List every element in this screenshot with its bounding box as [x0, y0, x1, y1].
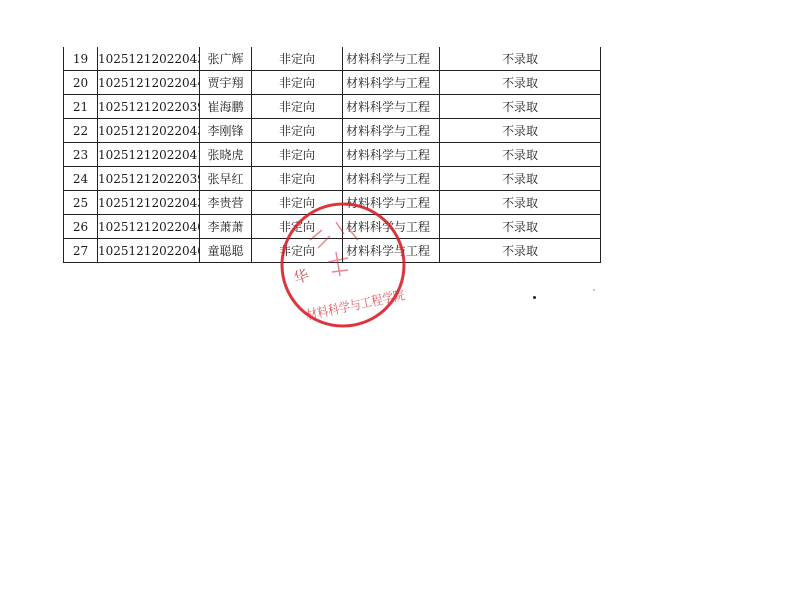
- table-row: 22102512120220435李刚锋非定向材料科学与工程不录取: [64, 119, 601, 143]
- major-cell: 材料科学与工程: [343, 215, 440, 239]
- enrollment-type-cell: 非定向: [252, 239, 343, 263]
- admission-result-cell: 不录取: [440, 71, 601, 95]
- row-number-cell: 19: [64, 47, 98, 71]
- row-number-cell: 26: [64, 215, 98, 239]
- enrollment-type-cell: 非定向: [252, 191, 343, 215]
- row-number-cell: 23: [64, 143, 98, 167]
- admission-results-table: 19102512120220434张广辉非定向材料科学与工程不录取2010251…: [63, 47, 601, 263]
- exam-id-cell: 102512120220393: [98, 167, 200, 191]
- exam-id-cell: 102512120220442: [98, 71, 200, 95]
- table-row: 27102512120220403童聪聪非定向材料科学与工程不录取: [64, 239, 601, 263]
- candidate-name-cell: 李贵营: [200, 191, 252, 215]
- exam-id-cell: 102512120220415: [98, 143, 200, 167]
- enrollment-type-cell: 非定向: [252, 47, 343, 71]
- enrollment-type-cell: 非定向: [252, 71, 343, 95]
- enrollment-type-cell: 非定向: [252, 143, 343, 167]
- row-number-cell: 22: [64, 119, 98, 143]
- exam-id-cell: 102512120220390: [98, 95, 200, 119]
- exam-id-cell: 102512120220435: [98, 119, 200, 143]
- admission-result-cell: 不录取: [440, 119, 601, 143]
- admission-result-cell: 不录取: [440, 191, 601, 215]
- major-cell: 材料科学与工程: [343, 239, 440, 263]
- candidate-name-cell: 李刚锋: [200, 119, 252, 143]
- scan-speck: [593, 289, 595, 291]
- major-cell: 材料科学与工程: [343, 167, 440, 191]
- exam-id-cell: 102512120220403: [98, 239, 200, 263]
- scan-speck: [533, 296, 536, 299]
- stamp-partial-char: 华: [291, 266, 311, 288]
- row-number-cell: 21: [64, 95, 98, 119]
- candidate-name-cell: 张晓虎: [200, 143, 252, 167]
- stamp-text: 材料科学与工程学院: [305, 287, 406, 323]
- enrollment-type-cell: 非定向: [252, 167, 343, 191]
- table-row: 24102512120220393张早红非定向材料科学与工程不录取: [64, 167, 601, 191]
- row-number-cell: 25: [64, 191, 98, 215]
- admission-result-cell: 不录取: [440, 143, 601, 167]
- candidate-name-cell: 李萧萧: [200, 215, 252, 239]
- table-row: 21102512120220390崔海鹏非定向材料科学与工程不录取: [64, 95, 601, 119]
- candidate-name-cell: 贾宇翔: [200, 71, 252, 95]
- major-cell: 材料科学与工程: [343, 47, 440, 71]
- document-page: 19102512120220434张广辉非定向材料科学与工程不录取2010251…: [0, 0, 799, 600]
- major-cell: 材料科学与工程: [343, 95, 440, 119]
- row-number-cell: 24: [64, 167, 98, 191]
- admission-result-cell: 不录取: [440, 95, 601, 119]
- major-cell: 材料科学与工程: [343, 143, 440, 167]
- enrollment-type-cell: 非定向: [252, 119, 343, 143]
- table-row: 23102512120220415张晓虎非定向材料科学与工程不录取: [64, 143, 601, 167]
- exam-id-cell: 102512120220406: [98, 215, 200, 239]
- admission-result-cell: 不录取: [440, 239, 601, 263]
- admission-result-cell: 不录取: [440, 47, 601, 71]
- table-row: 26102512120220406李萧萧非定向材料科学与工程不录取: [64, 215, 601, 239]
- candidate-name-cell: 张早红: [200, 167, 252, 191]
- candidate-name-cell: 张广辉: [200, 47, 252, 71]
- table-row: 19102512120220434张广辉非定向材料科学与工程不录取: [64, 47, 601, 71]
- admission-result-cell: 不录取: [440, 167, 601, 191]
- table-row: 20102512120220442贾宇翔非定向材料科学与工程不录取: [64, 71, 601, 95]
- major-cell: 材料科学与工程: [343, 191, 440, 215]
- enrollment-type-cell: 非定向: [252, 95, 343, 119]
- admission-result-cell: 不录取: [440, 215, 601, 239]
- row-number-cell: 20: [64, 71, 98, 95]
- major-cell: 材料科学与工程: [343, 71, 440, 95]
- table-row: 25102512120220438李贵营非定向材料科学与工程不录取: [64, 191, 601, 215]
- enrollment-type-cell: 非定向: [252, 215, 343, 239]
- candidate-name-cell: 崔海鹏: [200, 95, 252, 119]
- candidate-name-cell: 童聪聪: [200, 239, 252, 263]
- exam-id-cell: 102512120220438: [98, 191, 200, 215]
- major-cell: 材料科学与工程: [343, 119, 440, 143]
- exam-id-cell: 102512120220434: [98, 47, 200, 71]
- row-number-cell: 27: [64, 239, 98, 263]
